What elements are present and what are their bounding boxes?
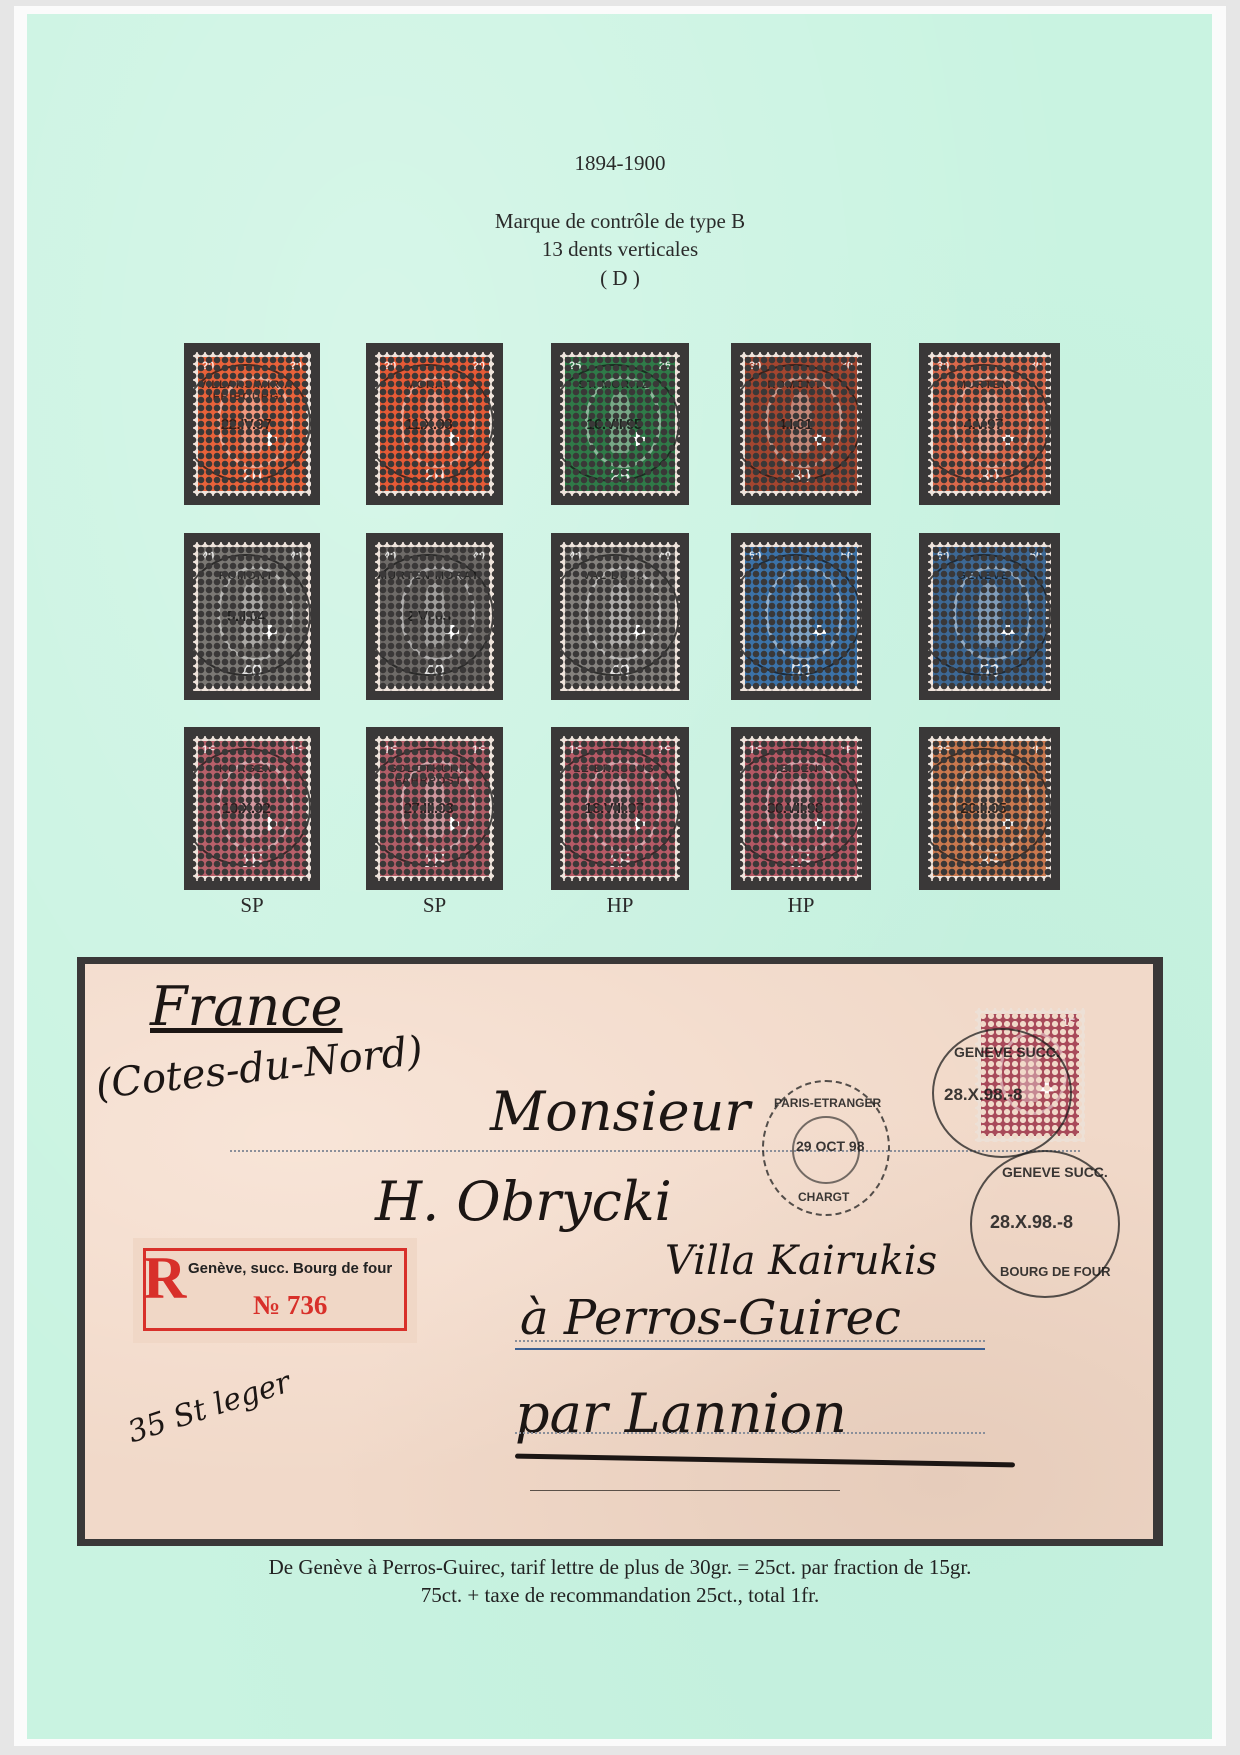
stamp-value-corner: 40 — [290, 550, 302, 562]
postmark-date: 30.VII.98 — [730, 800, 860, 817]
address-rule — [515, 1348, 985, 1350]
postmark: HEIDEN30.VII.98 — [728, 748, 862, 867]
stamp-value-corner: 50 — [1030, 550, 1042, 562]
postmark: HORGEN10.X.02 — [181, 748, 311, 867]
stamp-variety-label: SP — [395, 893, 475, 918]
stamp-value-corner: 40 — [202, 550, 214, 562]
cover-stamp-value: 1F — [1062, 1017, 1075, 1029]
stamp-value-corner: 20 — [473, 360, 485, 372]
stamp-mount: 404040ROMONT5.II.04 — [184, 533, 320, 700]
stamp: 1F1F1FHORGEN10.X.02 — [193, 736, 311, 881]
stamp-value-corner: 30 — [841, 360, 853, 372]
stamp: 202020MORAT11.X.98 — [375, 352, 494, 496]
stamp-value-corner: 40 — [569, 550, 581, 562]
postmark: 20.II.05 — [916, 748, 1051, 867]
postmark-town: LE BRASSUS — [550, 763, 678, 775]
postmark-town: GENEVE — [918, 570, 1049, 582]
stamp-mount: 3F3F3F20.II.05 — [919, 727, 1060, 890]
postmark-date: 2.VI.03 — [365, 608, 492, 625]
stamp-value-corner: 1F — [749, 744, 762, 756]
page-subtitle-variety: ( D ) — [0, 264, 1240, 292]
stamp-value-corner: 25 — [659, 360, 671, 372]
stamp: 404040ROMONT5.II.04 — [193, 542, 311, 691]
stamp-value-corner: 30 — [1030, 360, 1042, 372]
postmark-town: ROMONT — [183, 570, 309, 582]
page-subtitle-perforation: 13 dents verticales — [0, 235, 1240, 263]
stamp-mount: 404040MURTEN MORAT2.VI.03 — [366, 533, 503, 700]
stamp: 404040MURTEN MORAT2.VI.03 — [375, 542, 494, 691]
stamp-mount: 1F1F1FHORGEN10.X.02 — [184, 727, 320, 890]
pencil-line — [530, 1490, 840, 1491]
postmark: MURTEN MORAT2.VI.03 — [363, 554, 494, 676]
stamp-value-corner: 50 — [841, 550, 853, 562]
stamp-value-corner: 1F — [472, 744, 485, 756]
stamp: 505050 — [740, 542, 862, 691]
postmark-paris-etranger: PARIS-ETRANGER 29 OCT 98 CHARGT — [762, 1080, 890, 1216]
stamp-value-corner: 30 — [937, 360, 949, 372]
address-town: à Perros-Guirec — [520, 1290, 901, 1346]
stamp: 1F1F1FSOLOTHURN FAHRPOST27.III.03 — [375, 736, 494, 881]
postmark: GENEVE — [916, 554, 1051, 676]
postmark-geneve-on-stamp: GENEVE SUCC. 28.X.98.-8 — [932, 1028, 1072, 1158]
postmark-date: 18.VIII.97 — [550, 800, 678, 817]
postmark-date: 5.II.04 — [183, 608, 309, 625]
postmark: SOLOTHURN FAHRPOST27.III.03 — [363, 748, 494, 867]
stamp-value-corner: 1F — [840, 744, 853, 756]
postmark-date: 11.X.98 — [365, 416, 492, 433]
stamp-mount: 303030ROMONT4.I.01 — [731, 343, 871, 505]
stamp-value-corner: 50 — [937, 550, 949, 562]
postmark-town: HORGEN — [183, 763, 309, 775]
postmark: MORAT11.X.98 — [363, 364, 494, 482]
stamp-value-corner: 1F — [569, 744, 582, 756]
stamp-value-corner: 50 — [749, 550, 761, 562]
stamp-value-corner: 3F — [1029, 744, 1042, 756]
postmark: VAL DU ... — [548, 554, 680, 676]
address-line-2 — [515, 1340, 985, 1342]
stamp-value-corner: 1F — [202, 744, 215, 756]
registration-office: Genève, succ. Bourg de four — [188, 1260, 392, 1277]
stamp-value-corner: 25 — [569, 360, 581, 372]
postmark-town: ROMONT — [730, 379, 860, 391]
address-salutation: Monsieur — [490, 1080, 750, 1143]
stamp-mount: 505050GENEVE — [919, 533, 1060, 700]
postmark-town: HEIDEN — [730, 763, 860, 775]
stamp-mount: 404040VAL DU ... — [551, 533, 689, 700]
stamp: 1F1F1FHEIDEN30.VII.98 — [740, 736, 862, 881]
stamp-value-corner: 30 — [749, 360, 761, 372]
postmark-date: 16.VII.95 — [550, 416, 678, 433]
stamp-variety-label: SP — [212, 893, 292, 918]
cover-caption-rate: De Genève à Perros-Guirec, tarif lettre … — [0, 1553, 1240, 1581]
postmark-town: VAL DU ... — [550, 570, 678, 582]
registration-letter: R — [143, 1244, 186, 1313]
stamp-value-corner: 40 — [659, 550, 671, 562]
page-period: 1894-1900 — [0, 149, 1240, 177]
stamp: 505050GENEVE — [928, 542, 1051, 691]
address-name: H. Obrycki — [375, 1170, 672, 1233]
postmark: VILLARS/MIRIA (FRIBOURG)22.IV.97 — [181, 364, 311, 482]
stamp: 3F3F3F20.II.05 — [928, 736, 1051, 881]
postmark: ROMONT5.II.04 — [181, 554, 311, 676]
postmark-town: MORAT — [365, 379, 492, 391]
stamp-value-corner: 1F — [289, 744, 302, 756]
postmark-date: 27.III.03 — [365, 800, 492, 817]
stamp-value-corner: 20 — [202, 360, 214, 372]
postmark: ST. MORITZ16.VII.95 — [548, 364, 680, 482]
postmark-geneve-bourg-de-four: GENEVE SUCC. 28.X.98.-8 BOURG DE FOUR — [970, 1150, 1120, 1298]
stamp-mount: 1F1F1FHEIDEN30.VII.98 — [731, 727, 871, 890]
postmark-town: MURTEN — [918, 379, 1049, 391]
stamp-value-corner: 1F — [658, 744, 671, 756]
stamp: 404040VAL DU ... — [560, 542, 680, 691]
postmark: MURTEN4.V.97 — [916, 364, 1051, 482]
stamp-value-corner: 20 — [290, 360, 302, 372]
postmark-date: 22.IV.97 — [183, 416, 309, 433]
postmark-town: VILLARS/MIRIA (FRIBOURG) — [183, 379, 309, 403]
stamp-mount: 1F1F1FLE BRASSUS18.VIII.97 — [551, 727, 689, 890]
stamp-mount: 252525ST. MORITZ16.VII.95 — [551, 343, 689, 505]
stamp-mount: 505050 — [731, 533, 871, 700]
stamp-value-corner: 1F — [384, 744, 397, 756]
stamp-mount: 1F1F1FSOLOTHURN FAHRPOST27.III.03 — [366, 727, 503, 890]
postmark — [728, 554, 862, 676]
postmark-town: ST. MORITZ — [550, 379, 678, 391]
stamp-variety-label: HP — [580, 893, 660, 918]
stamp-value-corner: 40 — [384, 550, 396, 562]
postmark: LE BRASSUS18.VIII.97 — [548, 748, 680, 867]
registration-label: R Genève, succ. Bourg de four № 736 — [133, 1238, 417, 1343]
registration-number: № 736 — [253, 1290, 327, 1321]
address-via: par Lannion — [515, 1382, 847, 1445]
cover-caption-total: 75ct. + taxe de recommandation 25ct., to… — [0, 1581, 1240, 1609]
stamp-mount: 202020VILLARS/MIRIA (FRIBOURG)22.IV.97 — [184, 343, 320, 505]
stamp-mount: 202020MORAT11.X.98 — [366, 343, 503, 505]
postmark-date: 10.X.02 — [183, 800, 309, 817]
address-country: France — [150, 975, 342, 1038]
address-line-3 — [515, 1432, 985, 1434]
postmark-date: 20.II.05 — [918, 800, 1049, 817]
postmark-town: SOLOTHURN FAHRPOST — [365, 763, 492, 787]
stamp: 303030ROMONT4.I.01 — [740, 352, 862, 496]
stamp: 202020VILLARS/MIRIA (FRIBOURG)22.IV.97 — [193, 352, 311, 496]
postmark-date: 4.I.01 — [730, 416, 860, 433]
address-house: Villa Kairukis — [665, 1238, 937, 1284]
postmark: ROMONT4.I.01 — [728, 364, 862, 482]
stamp: 252525ST. MORITZ16.VII.95 — [560, 352, 680, 496]
stamp: 1F1F1FLE BRASSUS18.VIII.97 — [560, 736, 680, 881]
stamp-variety-label: HP — [761, 893, 841, 918]
postmark-date: 4.V.97 — [918, 416, 1049, 433]
address-line-1 — [230, 1150, 1080, 1152]
postmark-town: MURTEN MORAT — [365, 570, 492, 582]
stamp: 303030MURTEN4.V.97 — [928, 352, 1051, 496]
page-subtitle-type: Marque de contrôle de type B — [0, 207, 1240, 235]
stamp-value-corner: 3F — [937, 744, 950, 756]
stamp-value-corner: 40 — [473, 550, 485, 562]
stamp-mount: 303030MURTEN4.V.97 — [919, 343, 1060, 505]
stamp-value-corner: 20 — [384, 360, 396, 372]
